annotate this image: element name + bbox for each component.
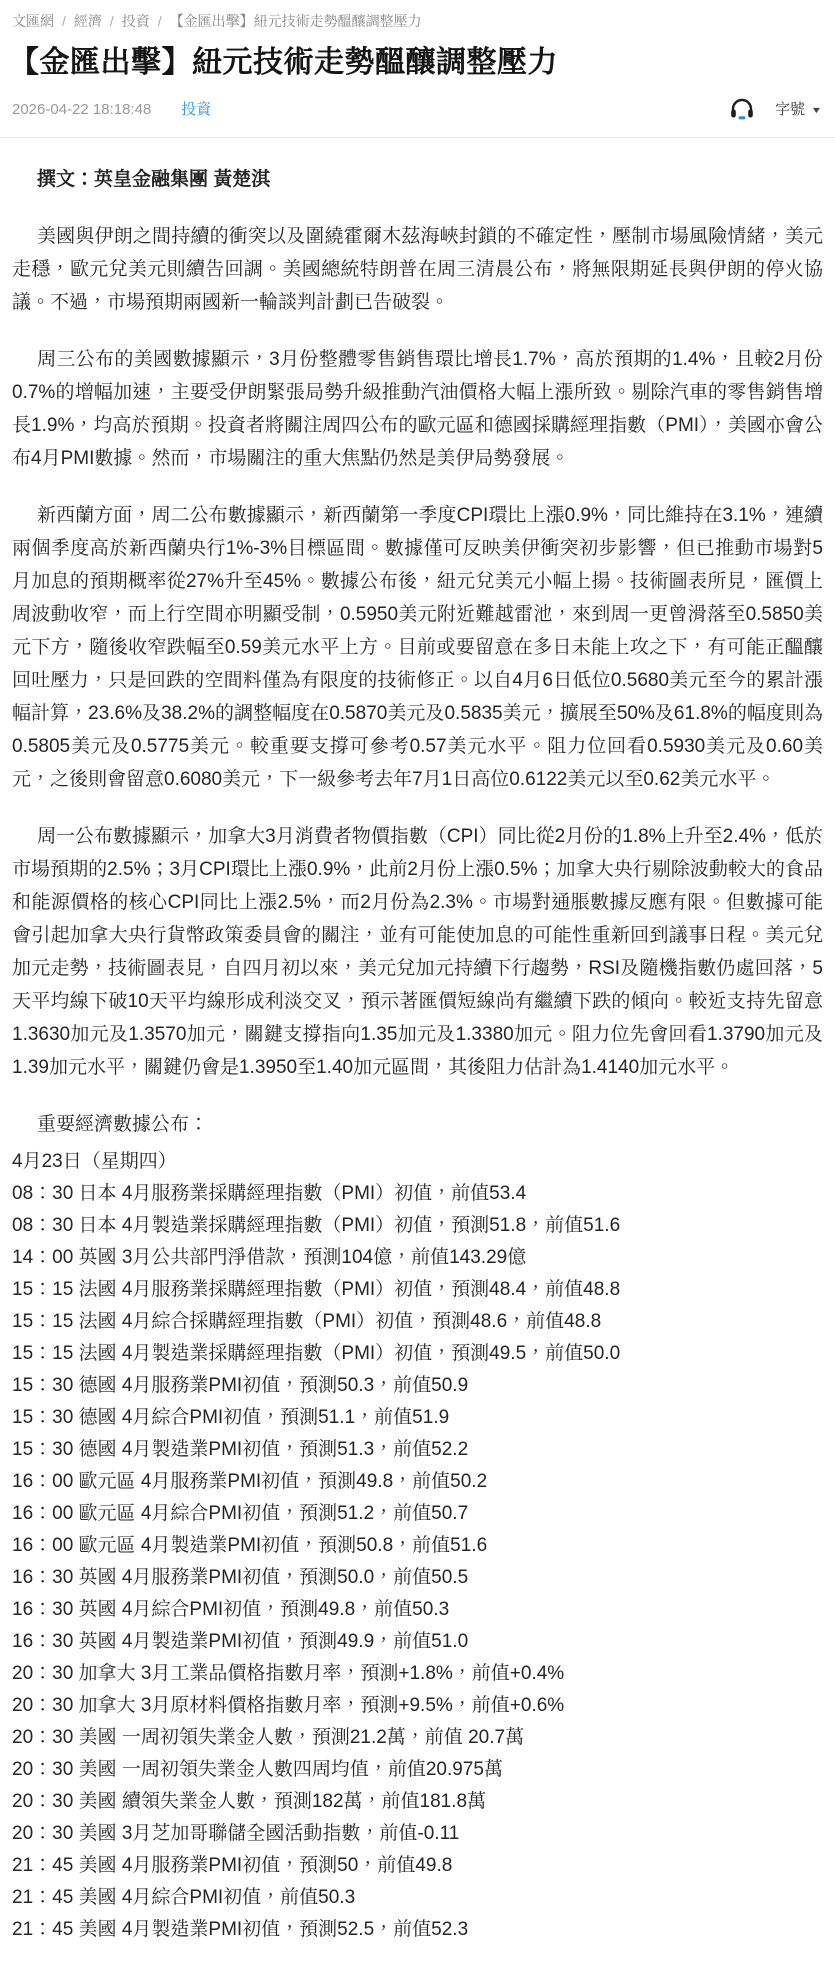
headphones-icon xyxy=(728,95,756,126)
breadcrumb-label: 文匯網 xyxy=(12,13,54,29)
economic-data-schedule: 4月23日（星期四） 08：30 日本 4月服務業採購經理指數（PMI）初值，前… xyxy=(12,1146,823,1976)
breadcrumb-item[interactable]: 【金匯出擊】紐元技術走勢醞釀調整壓力/ xyxy=(170,13,422,29)
meta-tools: 字號 ▼ xyxy=(727,95,823,125)
schedule-item: 21：45 美國 4月綜合PMI初值，前值50.3 xyxy=(12,1882,823,1914)
schedule-item: 20：30 美國 一周初領失業金人數四周均值，前值20.975萬 xyxy=(12,1754,823,1786)
schedule-item: 16：00 歐元區 4月製造業PMI初值，預測50.8，前值51.6 xyxy=(12,1530,823,1562)
schedule-item: 20：30 美國 3月芝加哥聯儲全國活動指數，前值-0.11 xyxy=(12,1818,823,1850)
schedule-item: 16：30 英國 4月綜合PMI初值，預測49.8，前值50.3 xyxy=(12,1594,823,1626)
schedule-item: 15：30 德國 4月製造業PMI初值，預測51.3，前值52.2 xyxy=(12,1434,823,1466)
schedule-item: 20：30 美國 續領失業金人數，預測182萬，前值181.8萬 xyxy=(12,1786,823,1818)
schedule-item: 15：30 德國 4月服務業PMI初值，預測50.3，前值50.9 xyxy=(12,1370,823,1402)
breadcrumb-separator: / xyxy=(158,13,162,29)
article-page: 文匯網/經濟/投資/【金匯出擊】紐元技術走勢醞釀調整壓力/ 【金匯出擊】紐元技術… xyxy=(0,0,835,1976)
schedule-item: 08：30 日本 4月服務業採購經理指數（PMI）初值，前值53.4 xyxy=(12,1178,823,1210)
font-size-label: 字號 xyxy=(775,99,805,121)
schedule-item: 20：30 加拿大 3月工業品價格指數月率，預測+1.8%，前值+0.4% xyxy=(12,1658,823,1690)
schedule-item: 15：15 法國 4月服務業採購經理指數（PMI）初值，預測48.4，前值48.… xyxy=(12,1274,823,1306)
header-divider xyxy=(0,137,835,138)
breadcrumb: 文匯網/經濟/投資/【金匯出擊】紐元技術走勢醞釀調整壓力/ xyxy=(12,0,823,31)
schedule-items: 08：30 日本 4月服務業採購經理指數（PMI）初值，前值53.408：30 … xyxy=(12,1178,823,1946)
breadcrumb-label: 經濟 xyxy=(74,13,102,29)
schedule-item: 21：45 美國 4月服務業PMI初值，預測50，前值49.8 xyxy=(12,1850,823,1882)
font-size-control[interactable]: 字號 ▼ xyxy=(775,99,821,121)
schedule-heading: 重要經濟數據公布： xyxy=(12,1108,823,1141)
paragraph: 新西蘭方面，周二公布數據顯示，新西蘭第一季度CPI環比上漲0.9%，同比維持在3… xyxy=(12,499,823,796)
breadcrumb-label: 【金匯出擊】紐元技術走勢醞釀調整壓力 xyxy=(170,13,422,29)
schedule-item: 16：30 英國 4月服務業PMI初值，預測50.0，前值50.5 xyxy=(12,1562,823,1594)
breadcrumb-item[interactable]: 投資/ xyxy=(122,13,170,29)
schedule-item: 16：00 歐元區 4月綜合PMI初值，預測51.2，前值50.7 xyxy=(12,1498,823,1530)
schedule-item: 15：15 法國 4月綜合採購經理指數（PMI）初值，預測48.6，前值48.8 xyxy=(12,1306,823,1338)
article-body: 撰文：英皇金融集團 黃楚淇 美國與伊朗之間持續的衝突以及圍繞霍爾木茲海峽封鎖的不… xyxy=(12,163,823,1976)
caret-down-icon: ▼ xyxy=(811,99,823,121)
breadcrumb-item[interactable]: 文匯網/ xyxy=(12,13,74,29)
paragraphs: 美國與伊朗之間持續的衝突以及圍繞霍爾木茲海峽封鎖的不確定性，壓制市場風險情緒，美… xyxy=(12,220,823,1084)
meta-row: 2026-04-22 18:18:48 投資 字號 ▼ xyxy=(12,95,823,137)
publish-date: 2026-04-22 18:18:48 xyxy=(12,99,151,121)
schedule-item: 20：30 加拿大 3月原材料價格指數月率，預測+9.5%，前值+0.6% xyxy=(12,1690,823,1722)
byline: 撰文：英皇金融集團 黃楚淇 xyxy=(12,163,823,196)
breadcrumb-separator: / xyxy=(110,13,114,29)
schedule-item: 20：30 美國 一周初領失業金人數，預測21.2萬，前值 20.7萬 xyxy=(12,1722,823,1754)
page-title: 【金匯出擊】紐元技術走勢醞釀調整壓力 xyxy=(9,43,823,83)
schedule-date: 4月23日（星期四） xyxy=(12,1146,823,1178)
paragraph: 美國與伊朗之間持續的衝突以及圍繞霍爾木茲海峽封鎖的不確定性，壓制市場風險情緒，美… xyxy=(12,220,823,319)
schedule-item: 16：30 英國 4月製造業PMI初值，預測49.9，前值51.0 xyxy=(12,1626,823,1658)
schedule-item: 21：45 美國 4月製造業PMI初值，預測52.5，前值52.3 xyxy=(12,1914,823,1946)
breadcrumb-label: 投資 xyxy=(122,13,150,29)
breadcrumb-separator: / xyxy=(62,13,66,29)
schedule-item: 15：30 德國 4月綜合PMI初值，預測51.1，前值51.9 xyxy=(12,1402,823,1434)
listen-button[interactable] xyxy=(727,95,757,125)
schedule-item: 08：30 日本 4月製造業採購經理指數（PMI）初值，預測51.8，前值51.… xyxy=(12,1210,823,1242)
breadcrumb-item[interactable]: 經濟/ xyxy=(74,13,122,29)
schedule-item: 14：00 英國 3月公共部門淨借款，預測104億，前值143.29億 xyxy=(12,1242,823,1274)
category-link[interactable]: 投資 xyxy=(181,99,211,121)
schedule-item: 15：15 法國 4月製造業採購經理指數（PMI）初值，預測49.5，前值50.… xyxy=(12,1338,823,1370)
paragraph: 周一公布數據顯示，加拿大3月消費者物價指數（CPI）同比從2月份的1.8%上升至… xyxy=(12,820,823,1084)
paragraph: 周三公布的美國數據顯示，3月份整體零售銷售環比增長1.7%，高於預期的1.4%，… xyxy=(12,343,823,475)
schedule-item: 16：00 歐元區 4月服務業PMI初值，預測49.8，前值50.2 xyxy=(12,1466,823,1498)
